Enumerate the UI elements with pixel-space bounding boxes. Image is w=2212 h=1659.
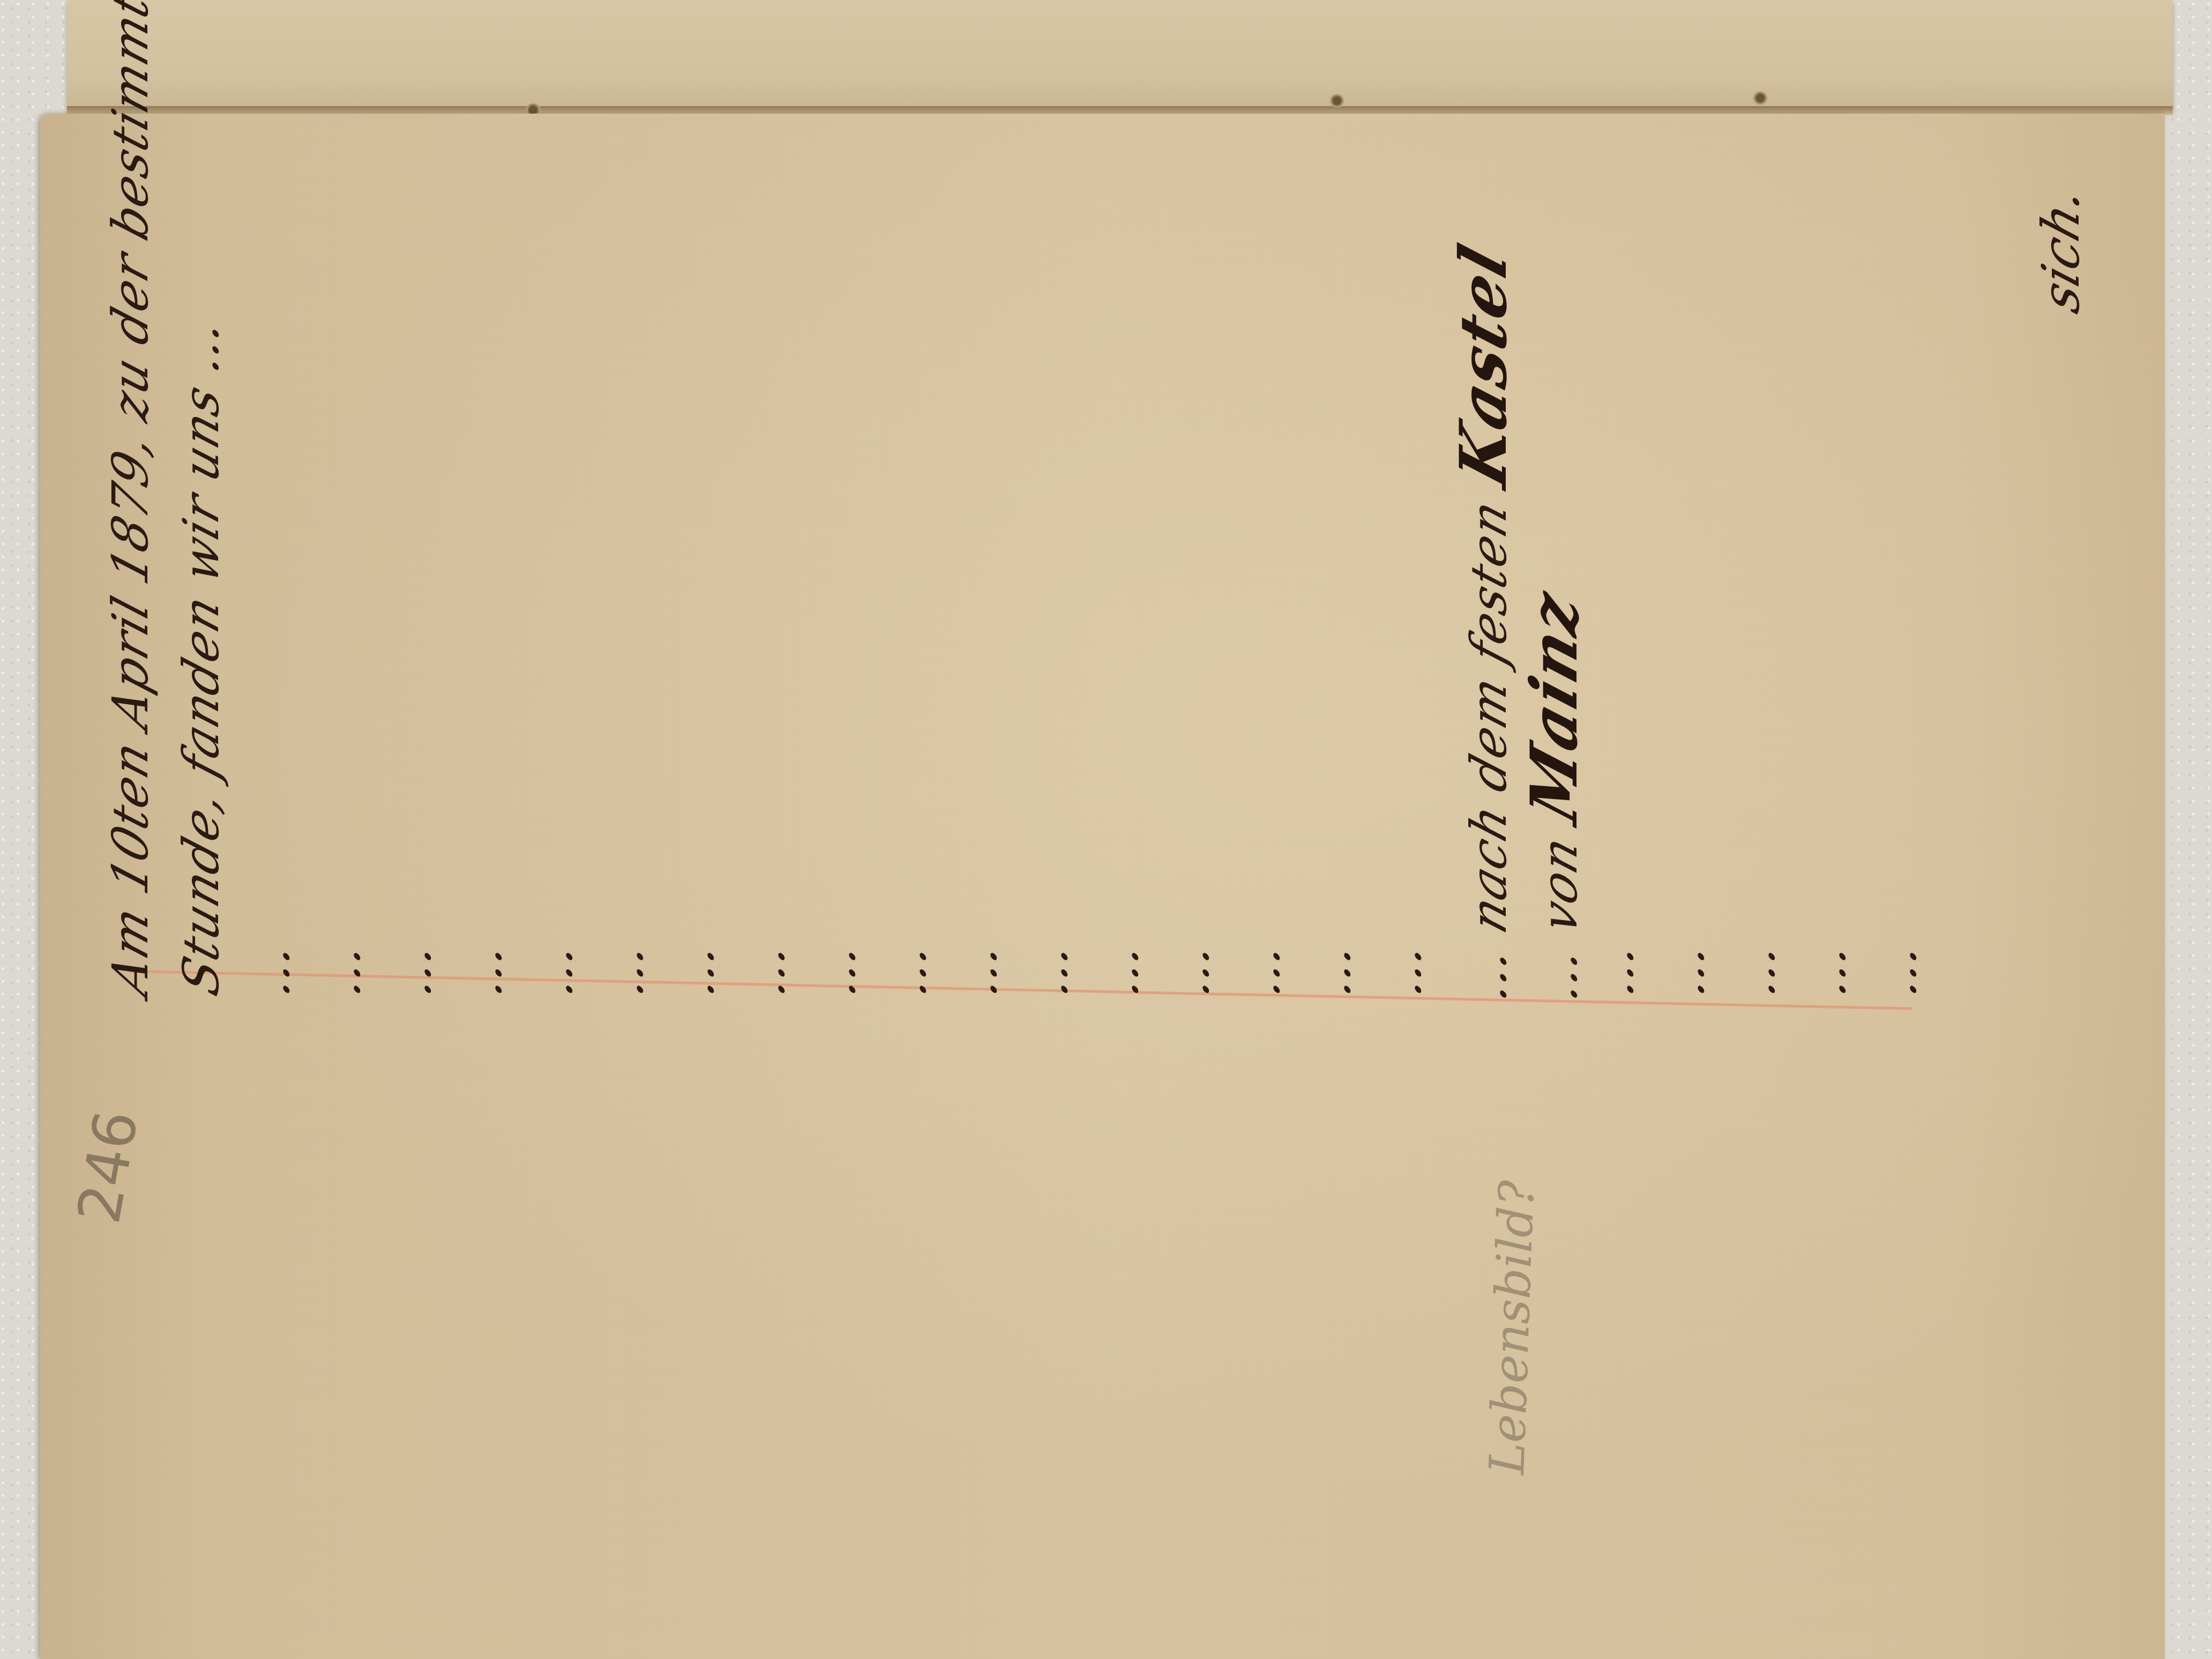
- text-line-mainz: … von Mainz: [1516, 581, 1597, 1010]
- text-line-heading: Am 10ten April 1879, zu der bestimmten: [102, 0, 182, 1010]
- closing-word: sich.: [2031, 179, 2091, 319]
- place-name-mainz: Mainz: [1516, 581, 1592, 832]
- pencil-annotation: Lebensbild?: [1479, 1179, 1545, 1475]
- handwritten-text-block: Am 10ten April 1879, zu der bestimmten S…: [102, 75, 2031, 997]
- place-name-kastel: Kastel: [1446, 236, 1521, 496]
- text-line-kastel: … nach dem festen Kastel: [1446, 236, 1526, 1010]
- text-line: Stunde, fanden wir uns …: [173, 310, 253, 1010]
